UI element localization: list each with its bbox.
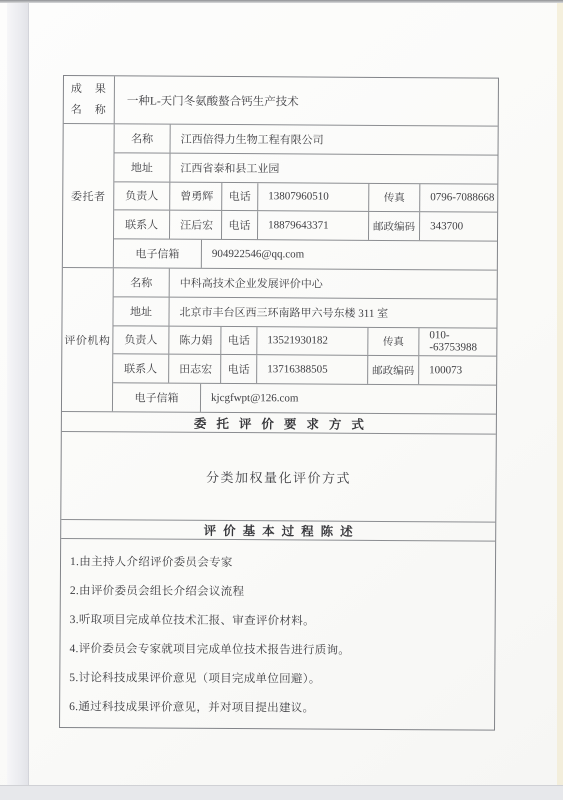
scan-right-edge [557, 3, 563, 786]
process-item: 1.由主持人介绍评价委员会专家 [70, 552, 485, 575]
agency-head-phone: 13521930182 [256, 327, 367, 355]
agency-fax-label: 传真 [367, 327, 418, 355]
client-contact-name: 汪后宏 [169, 211, 221, 239]
client-contact-phone: 18879643371 [257, 212, 368, 240]
agency-contact-phone: 13716388505 [256, 356, 367, 384]
agency-address-label: 地址 [113, 297, 168, 325]
achievement-name-label: 成 果 名 称 [64, 76, 114, 123]
achievement-name-row: 成 果 名 称 一种L-天门冬氨酸螯合钙生产技术 [64, 76, 498, 126]
requirement-method: 分类加权量化评价方式 [61, 431, 496, 522]
agency-fax-value: 010--63753988 [418, 328, 496, 356]
client-head-label: 负责人 [114, 182, 169, 210]
client-fax-value: 0796-7088668 [419, 184, 497, 212]
process-item: 5.讨论科技成果评价意见（项目完成单位回避）。 [69, 668, 484, 691]
client-name-value: 江西倍得力生物工程有限公司 [170, 125, 498, 155]
agency-contact-row: 联系人 田志宏 电话 13716388505 邮政编码 100073 [113, 354, 496, 385]
scanned-page: 成 果 名 称 一种L-天门冬氨酸螯合钙生产技术 委托者 名称 江西倍得力生物工… [0, 0, 563, 800]
process-item: 3.听取项目完成单位技术汇报、审查评价材料。 [70, 610, 485, 633]
client-name-row: 名称 江西倍得力生物工程有限公司 [115, 124, 498, 154]
agency-postcode-value: 100073 [418, 357, 496, 385]
achievement-title: 一种L-天门冬氨酸螯合钙生产技术 [114, 76, 498, 125]
agency-head-row: 负责人 陈力娟 电话 13521930182 传真 010--63753988 [113, 325, 496, 356]
scan-left-gutter [7, 3, 29, 786]
client-section: 委托者 名称 江西倍得力生物工程有限公司 地址 江西省泰和县工业园 负责人 曾勇… [63, 123, 498, 270]
agency-email-value: kjcgfwpt@126.com [200, 384, 496, 414]
client-address-value: 江西省泰和县工业园 [169, 153, 497, 183]
agency-address-value: 北京市丰台区西三环南路甲六号东楼 311 室 [168, 297, 496, 327]
agency-head-phone-label: 电话 [220, 327, 256, 355]
agency-email-row: 电子信箱 kjcgfwpt@126.com [113, 382, 496, 413]
agency-email-label: 电子信箱 [113, 383, 200, 411]
agency-name-value: 中科高技术企业发展评价中心 [169, 269, 497, 299]
process-item: 2.由评价委员会组长介绍会议流程 [70, 581, 485, 604]
client-postcode-label: 邮政编码 [368, 212, 419, 240]
agency-name-label: 名称 [114, 268, 169, 296]
scan-top-edge [0, 0, 563, 3]
client-postcode-value: 343700 [419, 213, 497, 241]
client-fax-label: 传真 [368, 183, 419, 211]
client-address-row: 地址 江西省泰和县工业园 [114, 152, 497, 183]
client-email-value: 904922546@qq.com [201, 240, 497, 270]
agency-contact-label: 联系人 [113, 355, 168, 383]
client-contact-row: 联系人 汪后宏 电话 18879643371 邮政编码 343700 [114, 210, 497, 241]
client-head-phone-label: 电话 [221, 183, 257, 211]
agency-head-name: 陈力娟 [168, 326, 220, 354]
client-email-row: 电子信箱 904922546@qq.com [114, 239, 497, 270]
client-head-phone: 13807960510 [257, 183, 368, 211]
agency-section: 评价机构 名称 中科高技术企业发展评价中心 地址 北京市丰台区西三环南路甲六号东… [62, 267, 497, 414]
process-item: 6.通过科技成果评价意见，并对项目提出建议。 [69, 697, 484, 720]
process-statement: 1.由主持人介绍评价委员会专家 2.由评价委员会组长介绍会议流程 3.听取项目完… [60, 538, 495, 731]
requirement-header: 委托评价要求方式 [62, 411, 496, 434]
client-name-label: 名称 [115, 124, 170, 152]
process-header: 评价基本过程陈述 [61, 519, 495, 541]
client-address-label: 地址 [114, 153, 169, 181]
client-section-label: 委托者 [63, 124, 115, 267]
client-head-name: 曾勇辉 [169, 182, 221, 210]
agency-address-row: 地址 北京市丰台区西三环南路甲六号东楼 311 室 [113, 296, 496, 327]
client-email-label: 电子信箱 [114, 240, 201, 268]
agency-contact-name: 田志宏 [168, 355, 220, 383]
agency-section-label: 评价机构 [62, 268, 114, 411]
evaluation-form-table: 成 果 名 称 一种L-天门冬氨酸螯合钙生产技术 委托者 名称 江西倍得力生物工… [59, 75, 499, 731]
client-head-row: 负责人 曾勇辉 电话 13807960510 传真 0796-7088668 [114, 181, 497, 212]
scan-bottom-edge [0, 785, 563, 800]
client-contact-label: 联系人 [114, 211, 169, 239]
agency-postcode-label: 邮政编码 [367, 356, 418, 384]
agency-head-label: 负责人 [113, 326, 168, 354]
agency-contact-phone-label: 电话 [220, 355, 256, 383]
client-contact-phone-label: 电话 [221, 211, 257, 239]
agency-name-row: 名称 中科高技术企业发展评价中心 [114, 268, 497, 298]
process-item: 4.评价委员会专家就项目完成单位技术报告进行质询。 [69, 639, 484, 662]
